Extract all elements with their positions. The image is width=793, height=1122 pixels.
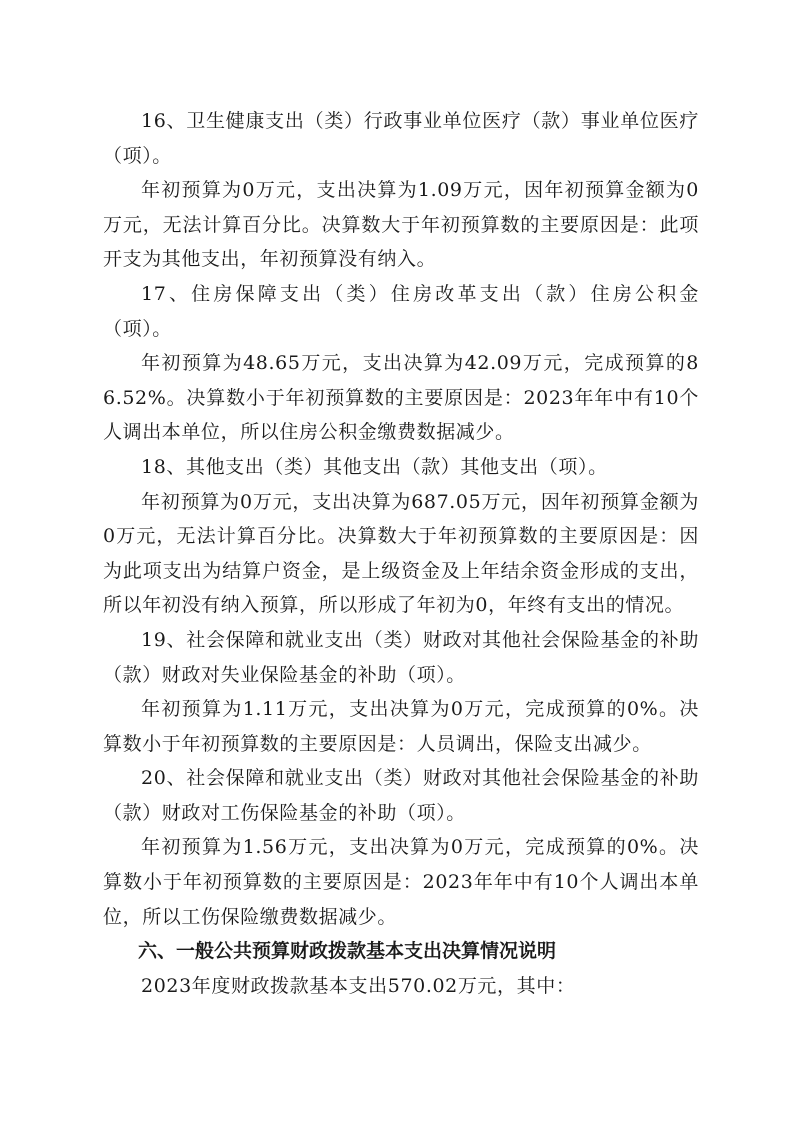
- document-page: 16、卫生健康支出（类）行政事业单位医疗（款）事业单位医疗（项）。 年初预算为0…: [103, 104, 699, 1003]
- item-19-title: 19、社会保障和就业支出（类）财政对其他社会保险基金的补助（款）财政对失业保险基…: [103, 623, 699, 692]
- item-19-body: 年初预算为1.11万元，支出决算为0万元，完成预算的0%。决算数小于年初预算数的…: [103, 692, 699, 761]
- item-18-body: 年初预算为0万元，支出决算为687.05万元，因年初预算金额为0万元，无法计算百…: [103, 485, 699, 623]
- item-16-title: 16、卫生健康支出（类）行政事业单位医疗（款）事业单位医疗（项）。: [103, 104, 699, 173]
- item-16-body: 年初预算为0万元，支出决算为1.09万元，因年初预算金额为0万元，无法计算百分比…: [103, 173, 699, 277]
- item-18-title: 18、其他支出（类）其他支出（款）其他支出（项）。: [103, 450, 699, 485]
- item-17-title: 17、住房保障支出（类）住房改革支出（款）住房公积金（项）。: [103, 277, 699, 346]
- item-17-body: 年初预算为48.65万元，支出决算为42.09万元，完成预算的86.52%。决算…: [103, 346, 699, 450]
- item-20-title: 20、社会保障和就业支出（类）财政对其他社会保险基金的补助（款）财政对工伤保险基…: [103, 761, 699, 830]
- section-heading: 六、一般公共预算财政拨款基本支出决算情况说明: [103, 934, 699, 969]
- item-20-body: 年初预算为1.56万元，支出决算为0万元，完成预算的0%。决算数小于年初预算数的…: [103, 830, 699, 934]
- section-intro: 2023年度财政拨款基本支出570.02万元，其中：: [103, 969, 699, 1004]
